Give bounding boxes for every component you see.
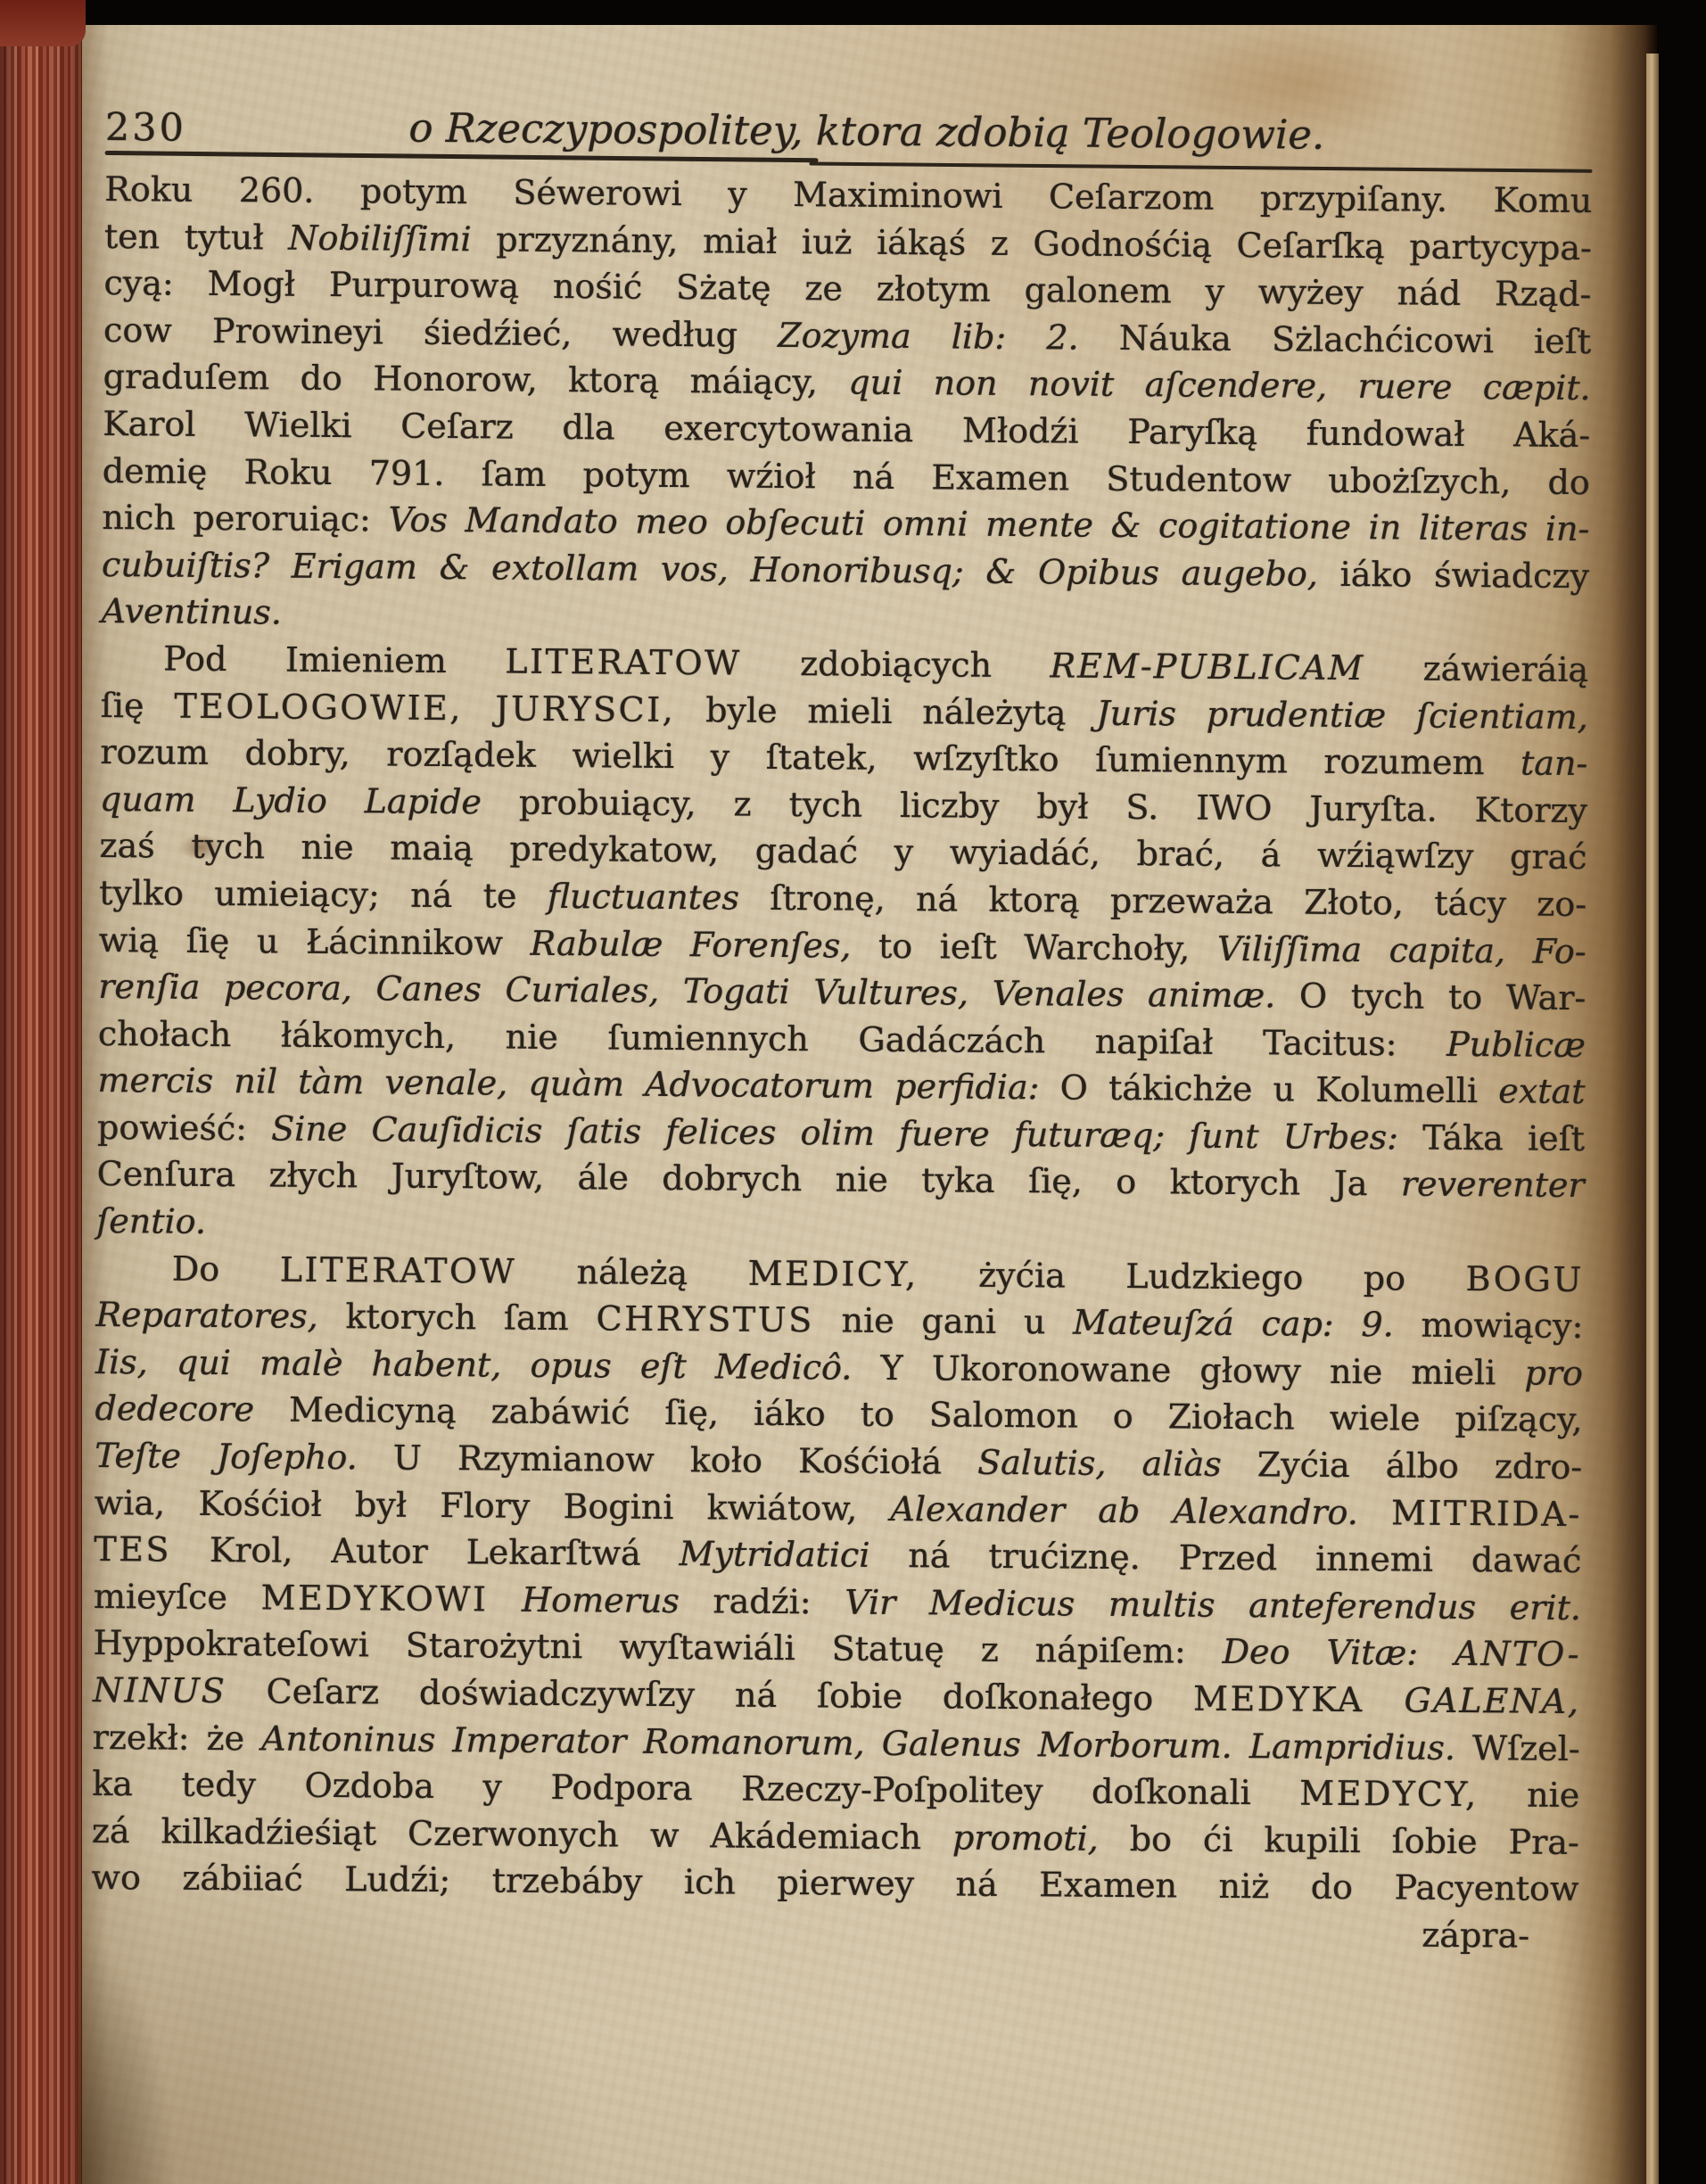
- printed-text-area: 230 o Rzeczypospolitey, ktora zdobią Teo…: [91, 105, 1593, 1960]
- book-scan: 230 o Rzeczypospolitey, ktora zdobią Teo…: [0, 0, 1706, 2184]
- header-rule-right: [809, 161, 1592, 172]
- book-page-edges: [0, 23, 82, 2184]
- book-cover-corner: [0, 0, 86, 46]
- text-block: Roku 260. potym Séwerowi y Maximinowi Ce…: [91, 166, 1592, 1913]
- underlying-page-edge: [1646, 54, 1659, 2184]
